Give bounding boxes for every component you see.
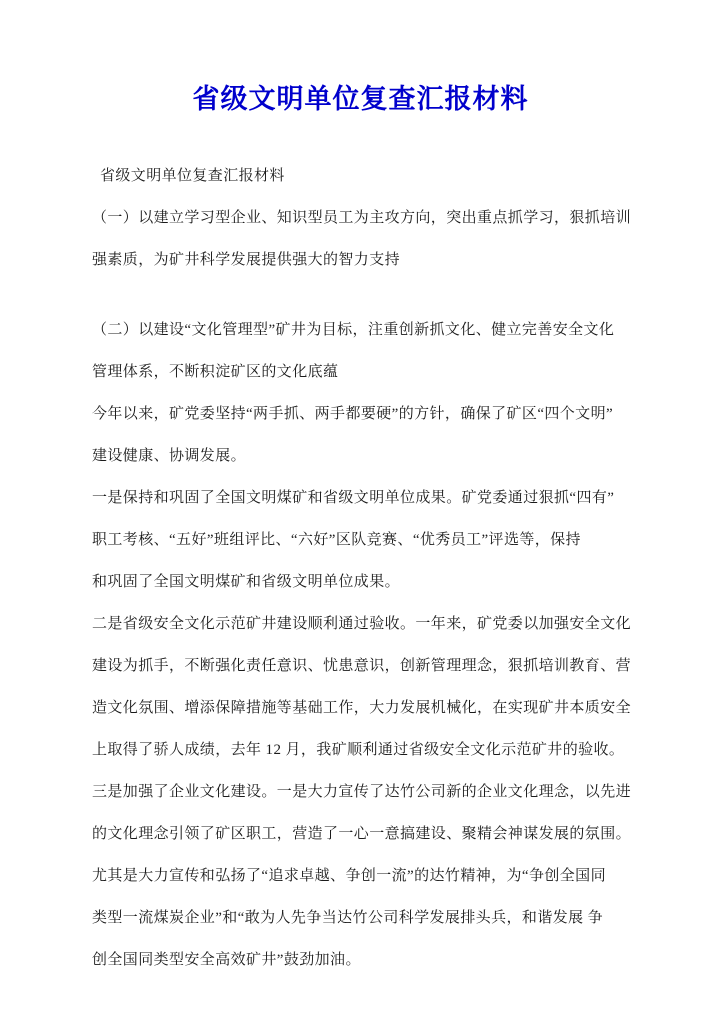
text-line: 省级文明单位复查汇报材料 (92, 155, 630, 197)
text-line: 建设健康、协调发展。 (92, 435, 630, 477)
text-line: 和巩固了全国文明煤矿和省级文明单位成果。 (92, 561, 630, 603)
text-line: 建设为抓手，不断强化责任意识、忧患意识，创新管理理念，狠抓培训教育、营 (92, 645, 630, 687)
text-line: 职工考核、“五好”班组评比、“六好”区队竞赛、“优秀员工”评选等，保持 (92, 519, 630, 561)
text-line: 尤其是大力宣传和弘扬了“追求卓越、争创一流”的达竹精神，为“争创全国同 (92, 855, 630, 897)
text-line: 造文化氛围、增添保障措施等基础工作，大力发展机械化，在实现矿井本质安全 (92, 687, 630, 729)
document-title: 省级文明单位复查汇报材料 (0, 84, 721, 115)
section-one: （一）以建立学习型企业、知识型员工为主攻方向，突出重点抓学习，狠抓培训强素质，为… (92, 197, 630, 281)
text-line: 一是保持和巩固了全国文明煤矿和省级文明单位成果。矿党委通过狠抓“四有” (92, 477, 630, 519)
text-line: 三是加强了企业文化建设。一是大力宣传了达竹公司新的企业文化理念，以先进 (92, 771, 630, 813)
text-line: （二）以建设“文化管理型”矿井为目标，注重创新抓文化、健立完善安全文化 (92, 309, 630, 351)
text-line: 创全国同类型安全高效矿井”鼓劲加油。 (92, 939, 630, 981)
section-two: （二）以建设“文化管理型”矿井为目标，注重创新抓文化、健立完善安全文化管理体系，… (92, 309, 630, 393)
document-body: 省级文明单位复查汇报材料（一）以建立学习型企业、知识型员工为主攻方向，突出重点抓… (92, 155, 630, 981)
text-line: 二是省级安全文化示范矿井建设顺利通过验收。一年来，矿党委以加强安全文化 (92, 603, 630, 645)
document-page: 省级文明单位复查汇报材料 省级文明单位复查汇报材料（一）以建立学习型企业、知识型… (0, 0, 721, 1020)
text-line: 的文化理念引领了矿区职工，营造了一心一意搞建设、聚精会神谋发展的氛围。 (92, 813, 630, 855)
empty-line (92, 281, 630, 309)
para-point-1: 一是保持和巩固了全国文明煤矿和省级文明单位成果。矿党委通过狠抓“四有”职工考核、… (92, 477, 630, 603)
doc-subtitle: 省级文明单位复查汇报材料 (92, 155, 630, 197)
text-line: 管理体系，不断积淀矿区的文化底蕴 (92, 351, 630, 393)
para-point-2: 二是省级安全文化示范矿井建设顺利通过验收。一年来，矿党委以加强安全文化建设为抓手… (92, 603, 630, 771)
text-line: 类型一流煤炭企业”和“敢为人先争当达竹公司科学发展排头兵，和谐发展 争 (92, 897, 630, 939)
text-line: 强素质，为矿井科学发展提供强大的智力支持 (92, 239, 630, 281)
para-point-3: 三是加强了企业文化建设。一是大力宣传了达竹公司新的企业文化理念，以先进的文化理念… (92, 771, 630, 981)
text-line: 上取得了骄人成绩，去年 12 月，我矿顺利通过省级安全文化示范矿井的验收。 (92, 729, 630, 771)
para-overview: 今年以来，矿党委坚持“两手抓、两手都要硬”的方针，确保了矿区“四个文明”建设健康… (92, 393, 630, 477)
text-line: 今年以来，矿党委坚持“两手抓、两手都要硬”的方针，确保了矿区“四个文明” (92, 393, 630, 435)
text-line: （一）以建立学习型企业、知识型员工为主攻方向，突出重点抓学习，狠抓培训 (92, 197, 630, 239)
